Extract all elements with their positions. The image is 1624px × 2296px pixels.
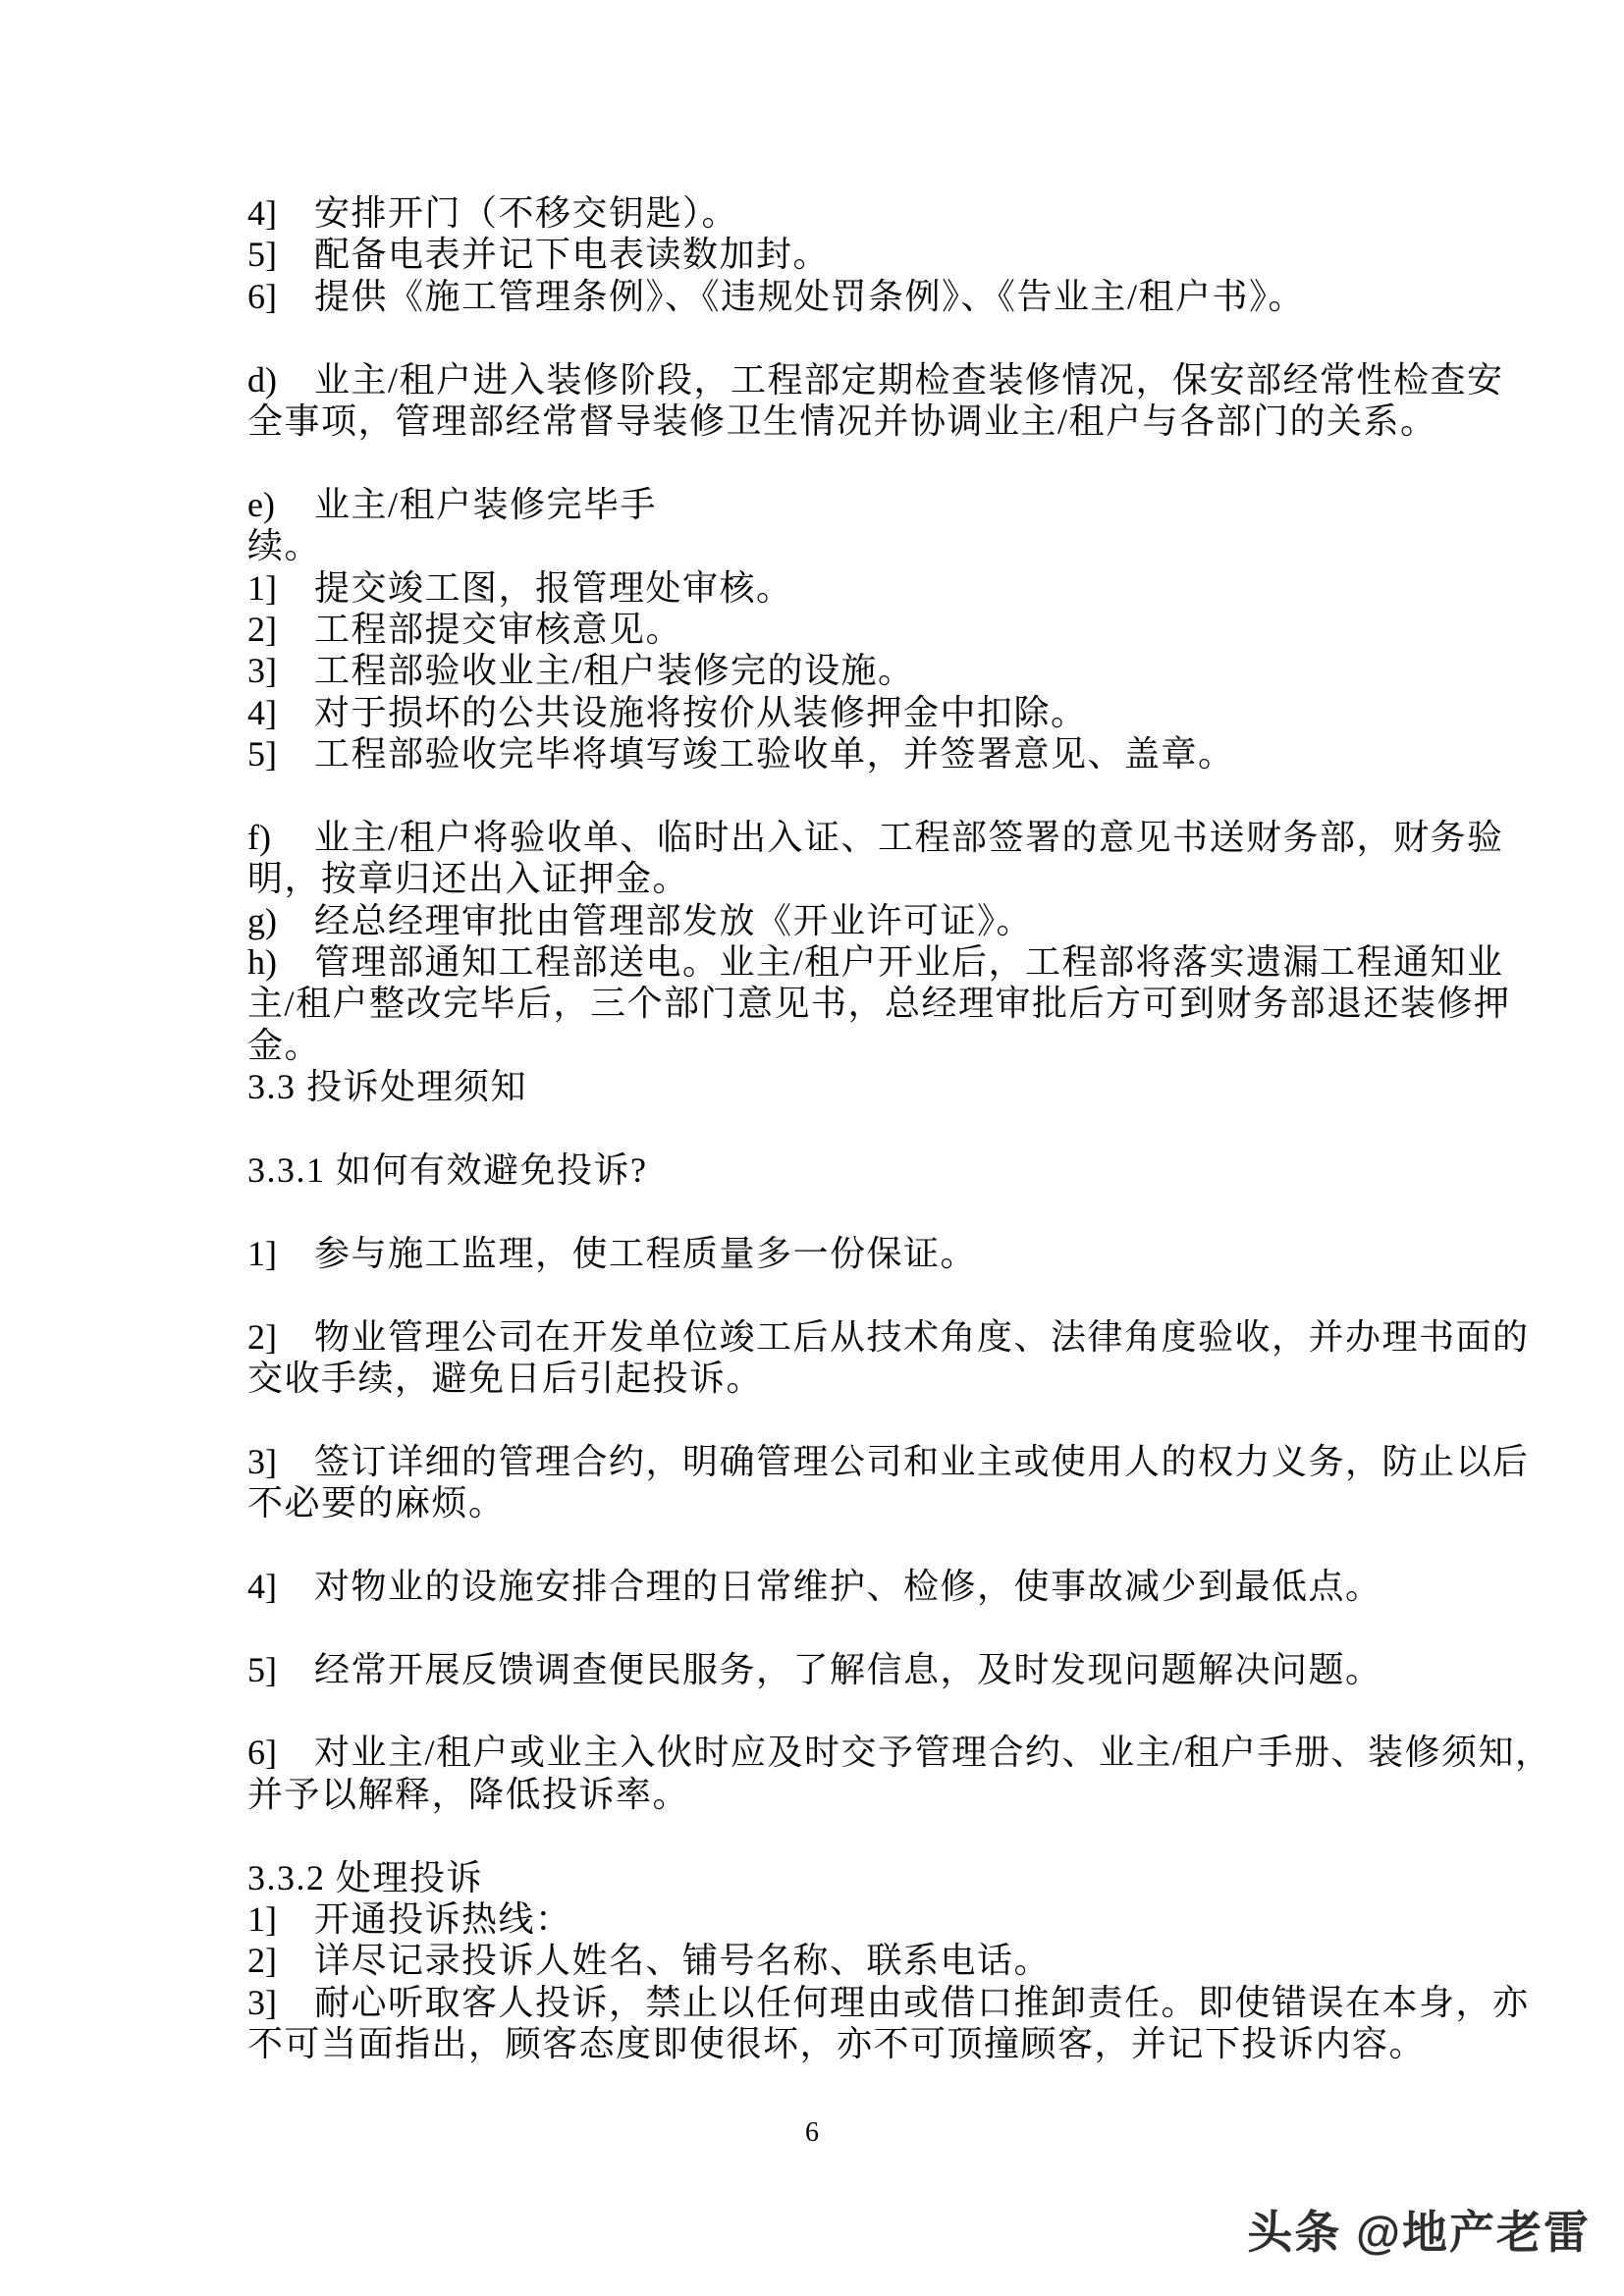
line-text bbox=[247, 443, 258, 482]
blank-line bbox=[247, 1690, 1494, 1732]
list-line: 2]详尽记录投诉人姓名、铺号名称、联系电话。 bbox=[247, 1940, 1494, 1981]
line-text bbox=[247, 1525, 258, 1565]
line-text: 配备电表并记下电表读数加封。 bbox=[314, 235, 830, 274]
text-line: 主/租户整改完毕后，三个部门意见书，总经理审批后方可到财务部退还装修押 bbox=[247, 983, 1494, 1024]
line-text: 明，按章归还出入证押金。 bbox=[247, 859, 689, 898]
line-text: 签订详细的管理合约，明确管理公司和业主或使用人的权力义务，防止以后 bbox=[314, 1442, 1530, 1481]
list-marker: 5] bbox=[247, 733, 314, 774]
line-text bbox=[247, 1109, 258, 1148]
list-marker: 4] bbox=[247, 192, 314, 234]
line-text: 对物业的设施安排合理的日常维护、检修，使事故减少到最低点。 bbox=[314, 1567, 1382, 1606]
list-line: g)经总经理审批由管理部发放《开业许可证》。 bbox=[247, 900, 1494, 941]
list-line: 2]物业管理公司在开发单位竣工后从技术角度、法律角度验收，并办理书面的 bbox=[247, 1316, 1494, 1358]
list-marker: 2] bbox=[247, 1316, 314, 1358]
list-line: 5]配备电表并记下电表读数加封。 bbox=[247, 234, 1494, 275]
list-marker: 5] bbox=[247, 234, 314, 275]
line-text: 参与施工监理，使工程质量多一份保证。 bbox=[314, 1234, 977, 1273]
line-text: 提供《施工管理条例》、《违规处罚条例》、《告业主/租户书》。 bbox=[314, 277, 1305, 316]
list-line: 6]提供《施工管理条例》、《违规处罚条例》、《告业主/租户书》。 bbox=[247, 276, 1494, 317]
list-line: 1]参与施工监理，使工程质量多一份保证。 bbox=[247, 1233, 1494, 1274]
line-text bbox=[247, 1275, 258, 1314]
list-line: h)管理部通知工程部送电。业主/租户开业后，工程部将落实遗漏工程通知业 bbox=[247, 941, 1494, 983]
blank-line bbox=[247, 1524, 1494, 1566]
list-line: d)业主/租户进入装修阶段，工程部定期检查装修情况，保安部经常性检查安 bbox=[247, 359, 1494, 400]
list-marker: 1] bbox=[247, 1898, 314, 1940]
line-text: 工程部验收业主/租户装修完的设施。 bbox=[314, 651, 915, 690]
list-marker: 4] bbox=[247, 692, 314, 733]
line-text: 全事项，管理部经常督导装修卫生情况并协调业主/租户与各部门的关系。 bbox=[247, 401, 1437, 441]
list-line: 1]提交竣工图，报管理处审核。 bbox=[247, 567, 1494, 609]
line-text: 安排开门（不移交钥匙）。 bbox=[314, 193, 738, 233]
line-text: 经常开展反馈调查便民服务，了解信息，及时发现问题解决问题。 bbox=[314, 1650, 1382, 1689]
list-marker: 2] bbox=[247, 1940, 314, 1981]
list-line: 1]开通投诉热线： bbox=[247, 1898, 1494, 1940]
list-line: 3]签订详细的管理合约，明确管理公司和业主或使用人的权力义务，防止以后 bbox=[247, 1441, 1494, 1482]
list-line: 4]对物业的设施安排合理的日常维护、检修，使事故减少到最低点。 bbox=[247, 1566, 1494, 1607]
line-text: 管理部通知工程部送电。业主/租户开业后，工程部将落实遗漏工程通知业 bbox=[314, 942, 1504, 982]
list-line: 2]工程部提交审核意见。 bbox=[247, 609, 1494, 650]
list-marker: 1] bbox=[247, 567, 314, 609]
list-marker: 1] bbox=[247, 1233, 314, 1274]
line-text: 3.3.1 如何有效避免投诉? bbox=[247, 1150, 647, 1190]
line-text: 物业管理公司在开发单位竣工后从技术角度、法律角度验收，并办理书面的 bbox=[314, 1317, 1530, 1357]
line-text: 工程部提交审核意见。 bbox=[314, 610, 682, 649]
line-text bbox=[247, 1816, 258, 1855]
line-text bbox=[247, 1608, 258, 1647]
text-line: 不必要的麻烦。 bbox=[247, 1482, 1494, 1523]
line-text: 对于损坏的公共设施将按价从装修押金中扣除。 bbox=[314, 693, 1088, 732]
list-marker: g) bbox=[247, 900, 314, 941]
line-text bbox=[247, 1691, 258, 1731]
list-line: 3]工程部验收业主/租户装修完的设施。 bbox=[247, 650, 1494, 691]
line-text: 金。 bbox=[247, 1026, 321, 1065]
line-text: 开通投诉热线： bbox=[314, 1899, 572, 1939]
document-body: 4]安排开门（不移交钥匙）。5]配备电表并记下电表读数加封。6]提供《施工管理条… bbox=[247, 192, 1494, 2065]
blank-line bbox=[247, 1815, 1494, 1856]
line-text: 交收手续，避免日后引起投诉。 bbox=[247, 1359, 763, 1398]
list-line: f)业主/租户将验收单、临时出入证、工程部签署的意见书送财务部，财务验 bbox=[247, 817, 1494, 858]
document-page: 4]安排开门（不移交钥匙）。5]配备电表并记下电表读数加封。6]提供《施工管理条… bbox=[0, 0, 1624, 2296]
blank-line bbox=[247, 1191, 1494, 1232]
text-line: 并予以解释，降低投诉率。 bbox=[247, 1774, 1494, 1815]
list-marker: 3] bbox=[247, 650, 314, 691]
list-line: e)业主/租户装修完毕手 bbox=[247, 484, 1494, 525]
list-marker: 6] bbox=[247, 276, 314, 317]
list-marker: 5] bbox=[247, 1649, 314, 1690]
text-line: 明，按章归还出入证押金。 bbox=[247, 858, 1494, 899]
blank-line bbox=[247, 1607, 1494, 1648]
list-marker: d) bbox=[247, 359, 314, 400]
blank-line bbox=[247, 1399, 1494, 1440]
line-text: 3.3.2 处理投诉 bbox=[247, 1858, 483, 1897]
watermark: 头条 @地产老雷 bbox=[1247, 2207, 1591, 2258]
text-line: 金。 bbox=[247, 1025, 1494, 1066]
line-text: 对业主/租户或业主入伙时应及时交予管理合约、业主/租户手册、装修须知， bbox=[314, 1733, 1552, 1772]
list-line: 3]耐心听取客人投诉，禁止以任何理由或借口推卸责任。即使错误在本身，亦 bbox=[247, 1982, 1494, 2023]
line-text: 经总经理审批由管理部发放《开业许可证》。 bbox=[314, 901, 1033, 940]
text-line: 3.3.2 处理投诉 bbox=[247, 1857, 1494, 1898]
list-line: 5]经常开展反馈调查便民服务，了解信息，及时发现问题解决问题。 bbox=[247, 1649, 1494, 1690]
list-marker: h) bbox=[247, 941, 314, 983]
line-text: 工程部验收完毕将填写竣工验收单，并签署意见、盖章。 bbox=[314, 734, 1235, 774]
list-marker: f) bbox=[247, 817, 314, 858]
line-text: 提交竣工图，报管理处审核。 bbox=[314, 568, 793, 608]
list-marker: 3] bbox=[247, 1982, 314, 2023]
text-line: 全事项，管理部经常督导装修卫生情况并协调业主/租户与各部门的关系。 bbox=[247, 400, 1494, 442]
line-text bbox=[247, 318, 258, 357]
blank-line bbox=[247, 1108, 1494, 1149]
line-text: 业主/租户进入装修阶段，工程部定期检查装修情况，保安部经常性检查安 bbox=[314, 360, 1504, 400]
list-line: 5]工程部验收完毕将填写竣工验收单，并签署意见、盖章。 bbox=[247, 733, 1494, 774]
text-line: 3.3 投诉处理须知 bbox=[247, 1066, 1494, 1107]
line-text: 不必要的麻烦。 bbox=[247, 1483, 506, 1522]
blank-line bbox=[247, 442, 1494, 483]
blank-line bbox=[247, 1274, 1494, 1315]
line-text: 详尽记录投诉人姓名、铺号名称、联系电话。 bbox=[314, 1941, 1051, 1980]
line-text bbox=[247, 775, 258, 815]
line-text: 主/租户整改完毕后，三个部门意见书，总经理审批后方可到财务部退还装修押 bbox=[247, 984, 1511, 1023]
line-text: 耐心听取客人投诉，禁止以任何理由或借口推卸责任。即使错误在本身，亦 bbox=[314, 1983, 1530, 2022]
text-line: 续。 bbox=[247, 525, 1494, 566]
blank-line bbox=[247, 317, 1494, 358]
line-text bbox=[247, 1192, 258, 1231]
list-marker: 2] bbox=[247, 609, 314, 650]
line-text: 不可当面指出，顾客态度即使很坏，亦不可顶撞顾客，并记下投诉内容。 bbox=[247, 2024, 1426, 2063]
list-marker: 6] bbox=[247, 1732, 314, 1773]
line-text: 业主/租户将验收单、临时出入证、工程部签署的意见书送财务部，财务验 bbox=[314, 818, 1504, 857]
text-line: 不可当面指出，顾客态度即使很坏，亦不可顶撞顾客，并记下投诉内容。 bbox=[247, 2023, 1494, 2064]
page-number: 6 bbox=[0, 2116, 1624, 2150]
list-line: 4]对于损坏的公共设施将按价从装修押金中扣除。 bbox=[247, 692, 1494, 733]
list-line: 4]安排开门（不移交钥匙）。 bbox=[247, 192, 1494, 234]
blank-line bbox=[247, 774, 1494, 816]
line-text: 3.3 投诉处理须知 bbox=[247, 1067, 527, 1106]
text-line: 交收手续，避免日后引起投诉。 bbox=[247, 1358, 1494, 1399]
line-text: 并予以解释，降低投诉率。 bbox=[247, 1775, 689, 1814]
line-text bbox=[247, 1400, 258, 1439]
line-text: 续。 bbox=[247, 526, 321, 565]
list-marker: 4] bbox=[247, 1566, 314, 1607]
list-marker: e) bbox=[247, 484, 314, 525]
list-line: 6]对业主/租户或业主入伙时应及时交予管理合约、业主/租户手册、装修须知， bbox=[247, 1732, 1494, 1773]
line-text: 业主/租户装修完毕手 bbox=[314, 485, 657, 524]
list-marker: 3] bbox=[247, 1441, 314, 1482]
text-line: 3.3.1 如何有效避免投诉? bbox=[247, 1149, 1494, 1191]
